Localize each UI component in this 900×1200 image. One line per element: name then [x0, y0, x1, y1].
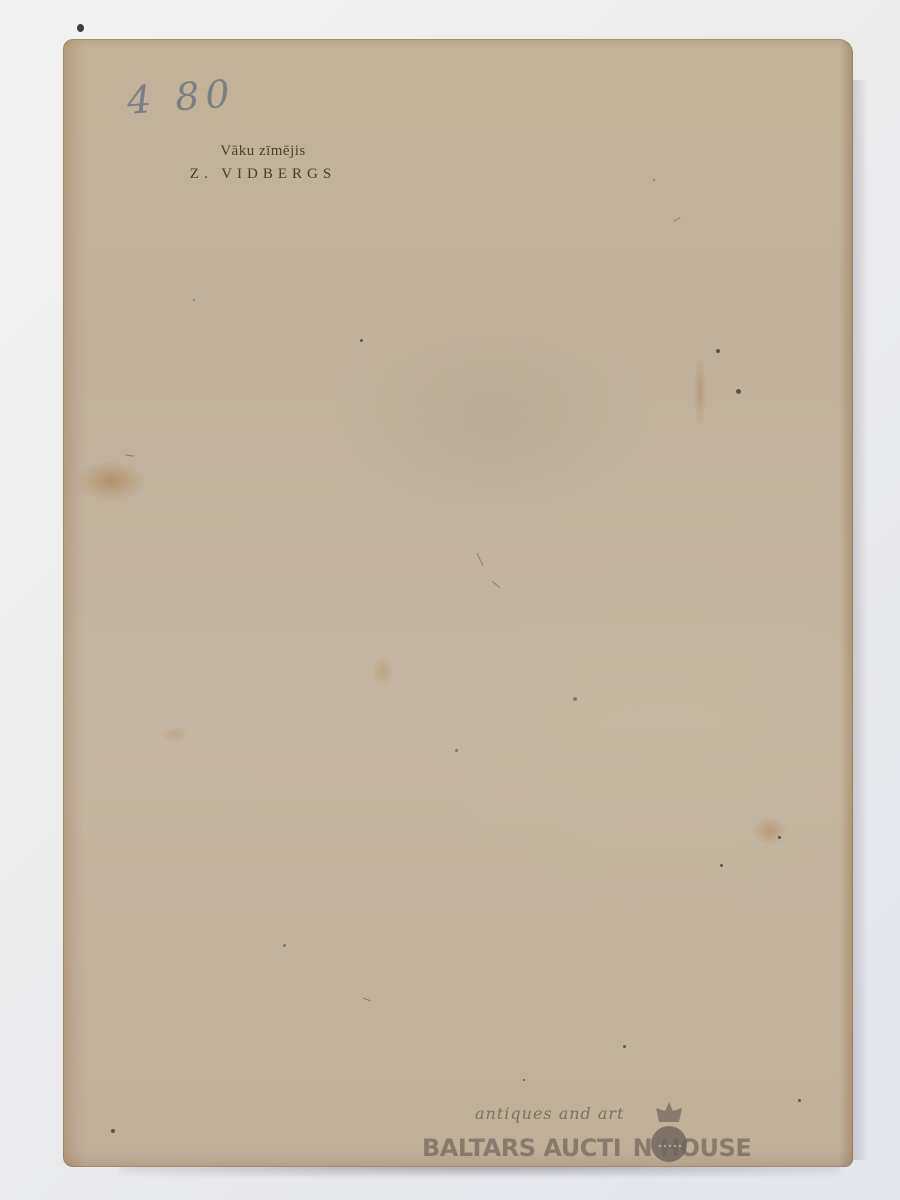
- pencil-price-note: 4 80: [126, 71, 237, 122]
- paper-speck: [111, 1129, 115, 1133]
- credit-name: Z. VIDBERGS: [173, 166, 353, 183]
- paper-speck: [653, 179, 655, 181]
- paper-speck: [623, 1045, 626, 1048]
- paper-speck: [523, 1079, 525, 1081]
- paper-speck: [778, 836, 781, 839]
- paper-fiber: [477, 553, 484, 566]
- paper-speck: [720, 864, 723, 867]
- paper-speck: [360, 339, 363, 342]
- paper-speck: [455, 749, 458, 752]
- credit-label: Vāku zīmējis: [173, 143, 353, 160]
- paper-speck: [283, 944, 286, 947]
- dust-speck: [77, 24, 84, 32]
- paper-fiber: [363, 998, 371, 1002]
- paper-fiber: [125, 454, 134, 457]
- paper-speck: [573, 697, 577, 701]
- paper-fiber: [673, 217, 680, 222]
- paper-speck: [736, 389, 741, 394]
- book-back-cover: 4 80 Vāku zīmējis Z. VIDBERGS: [63, 39, 853, 1167]
- paper-speck: [193, 299, 195, 301]
- paper-speck: [798, 1099, 801, 1102]
- paper-fiber: [492, 581, 500, 588]
- cover-artist-credit: Vāku zīmējis Z. VIDBERGS: [173, 143, 353, 183]
- paper-speck: [716, 349, 720, 353]
